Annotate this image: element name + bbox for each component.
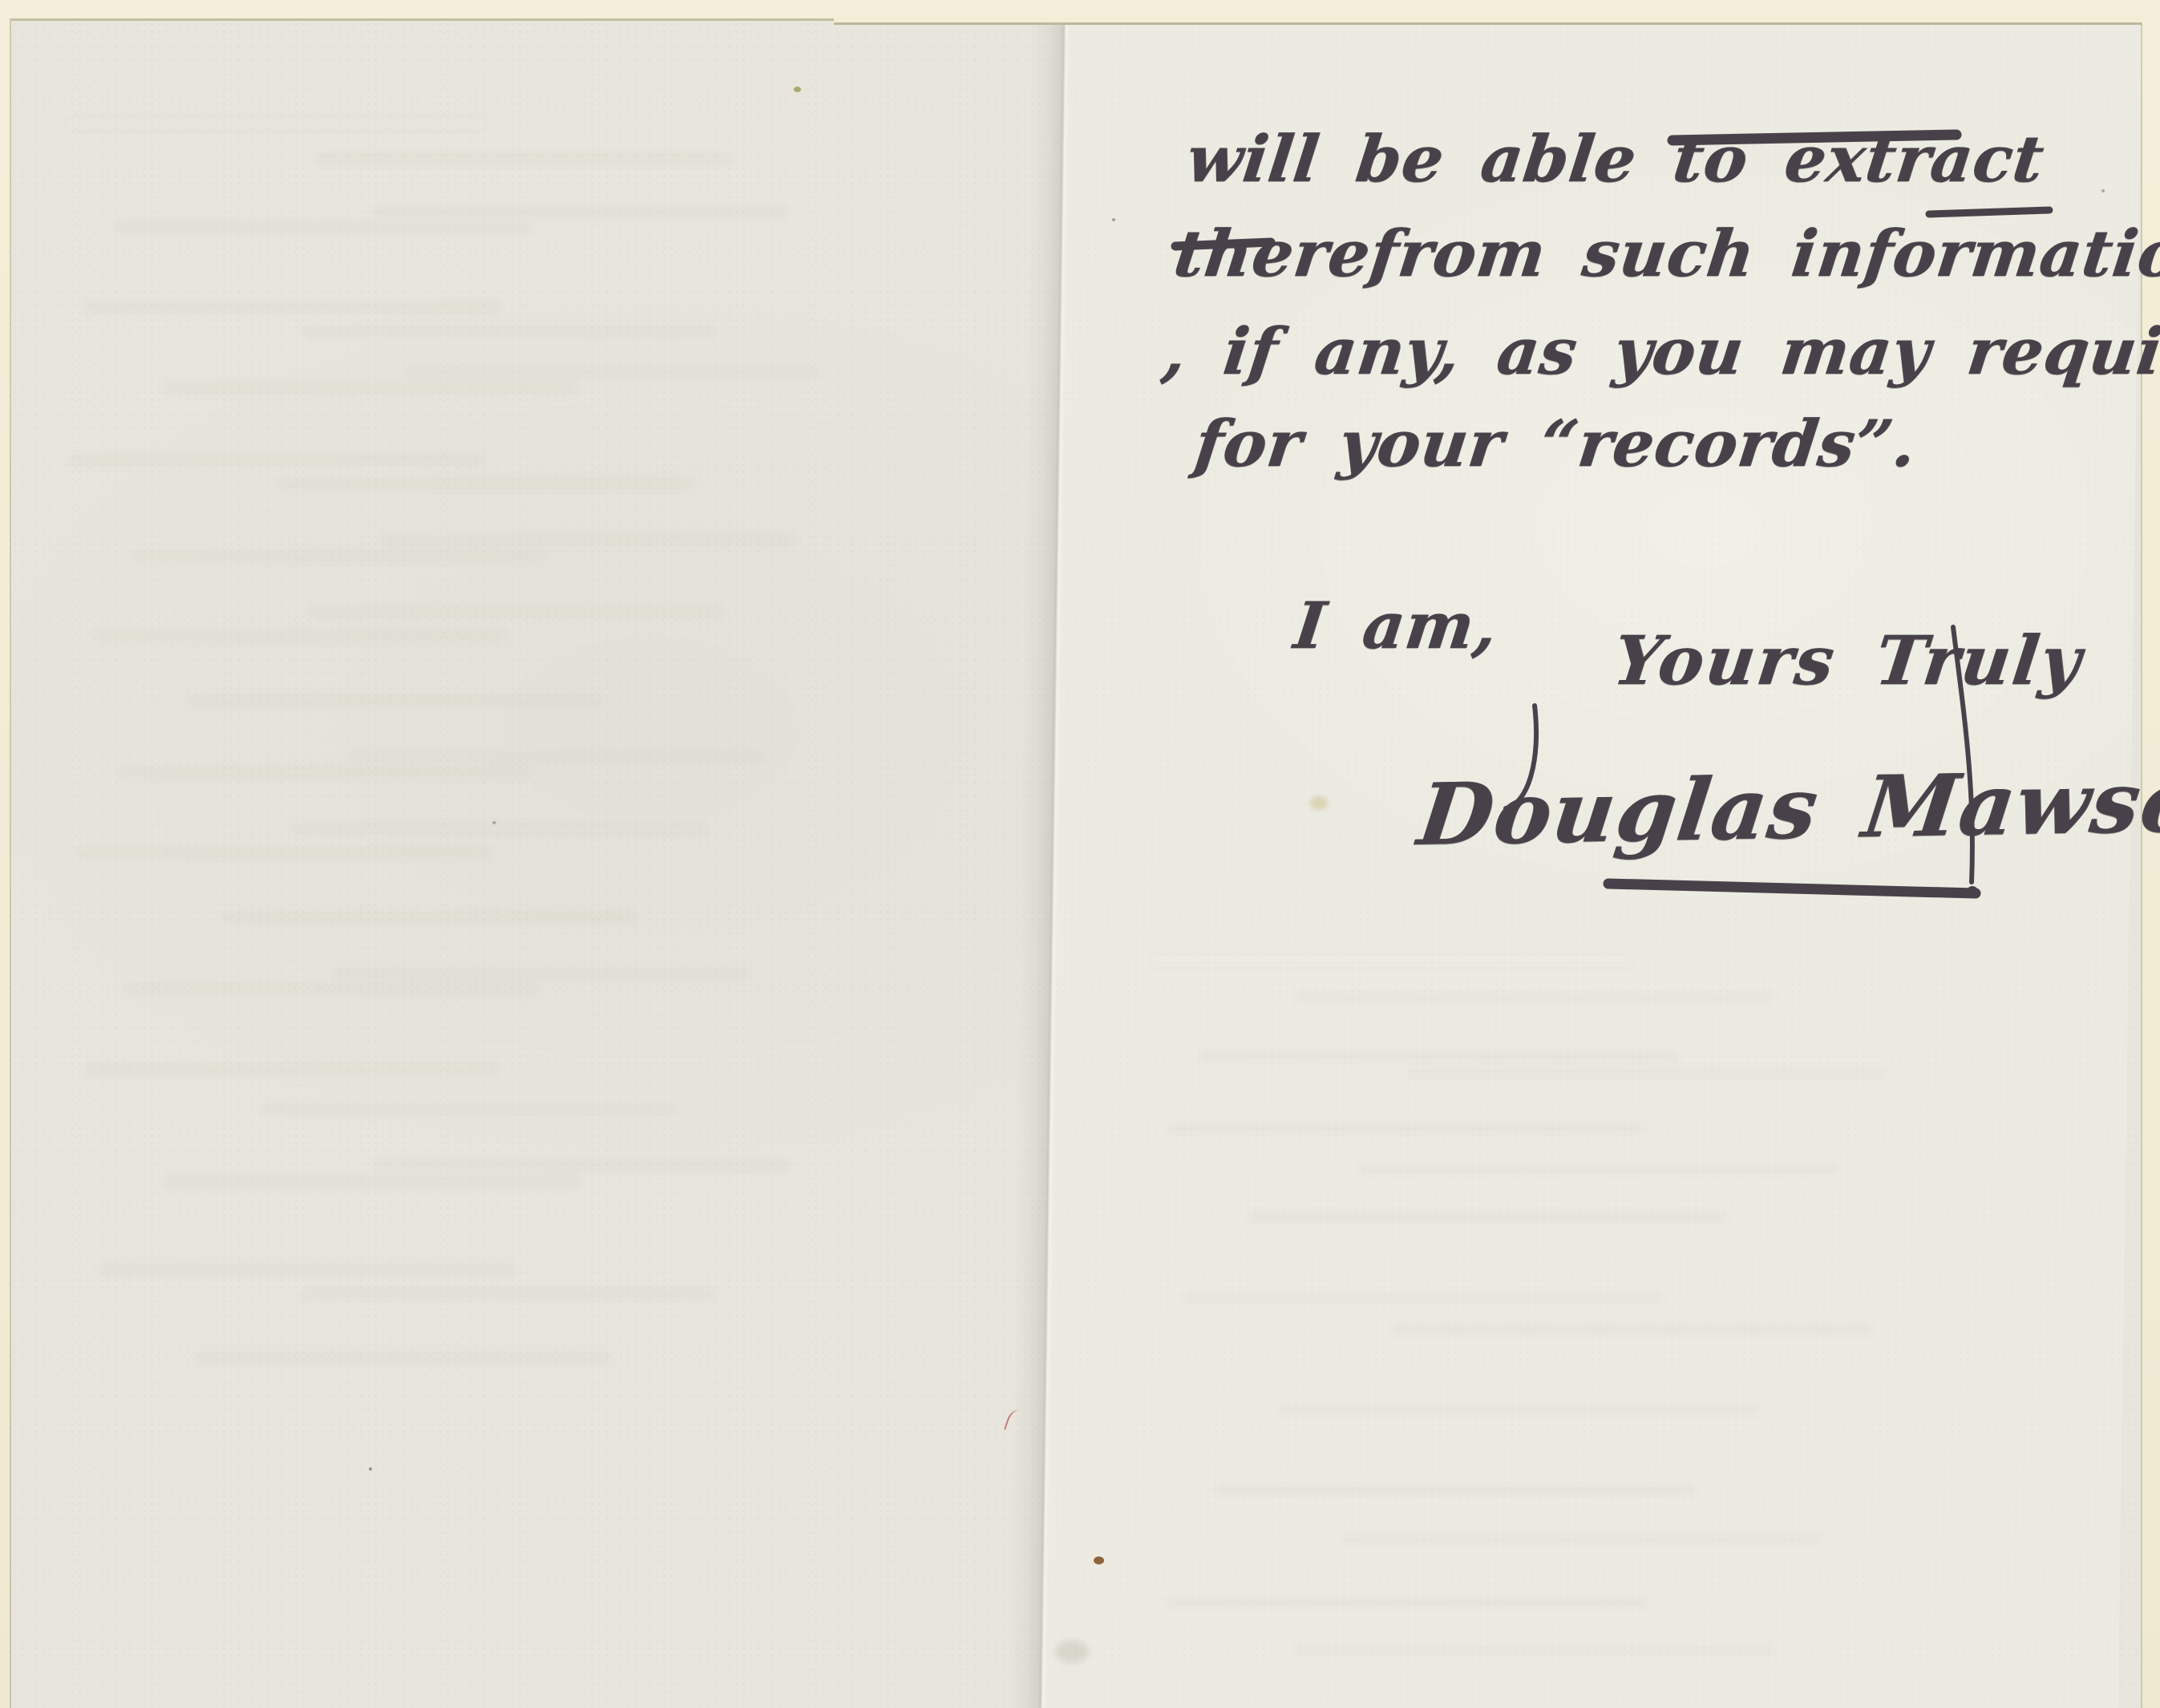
letter-scan: will be able to extract therefrom such i…	[0, 0, 2160, 1708]
paper-speck-olive	[794, 87, 801, 92]
handwritten-line-4: for your “records”.	[1191, 411, 1920, 476]
paper-stain-smudge	[1055, 1641, 1089, 1663]
handwritten-line-3: , if any, as you may require	[1159, 319, 2160, 383]
handwritten-text-block: will be able to extract therefrom such i…	[0, 0, 2160, 1708]
paper-speck-brown	[1094, 1556, 1104, 1564]
paper-speck-dot	[1112, 218, 1115, 221]
valediction-phrase: Yours Truly	[1610, 627, 2086, 694]
handwritten-line-2: therefrom such information	[1171, 221, 2160, 285]
handwritten-line-1: will be able to extract	[1183, 127, 2048, 191]
paper-speck-dot	[369, 1467, 372, 1471]
paper-speck-dot	[2101, 189, 2105, 192]
valediction-opening: I am,	[1291, 593, 1501, 658]
paper-stain-yellow	[1310, 796, 1328, 810]
signature-text: Douglas Mawson	[1414, 758, 2160, 857]
paper-speck-dot	[492, 821, 496, 824]
